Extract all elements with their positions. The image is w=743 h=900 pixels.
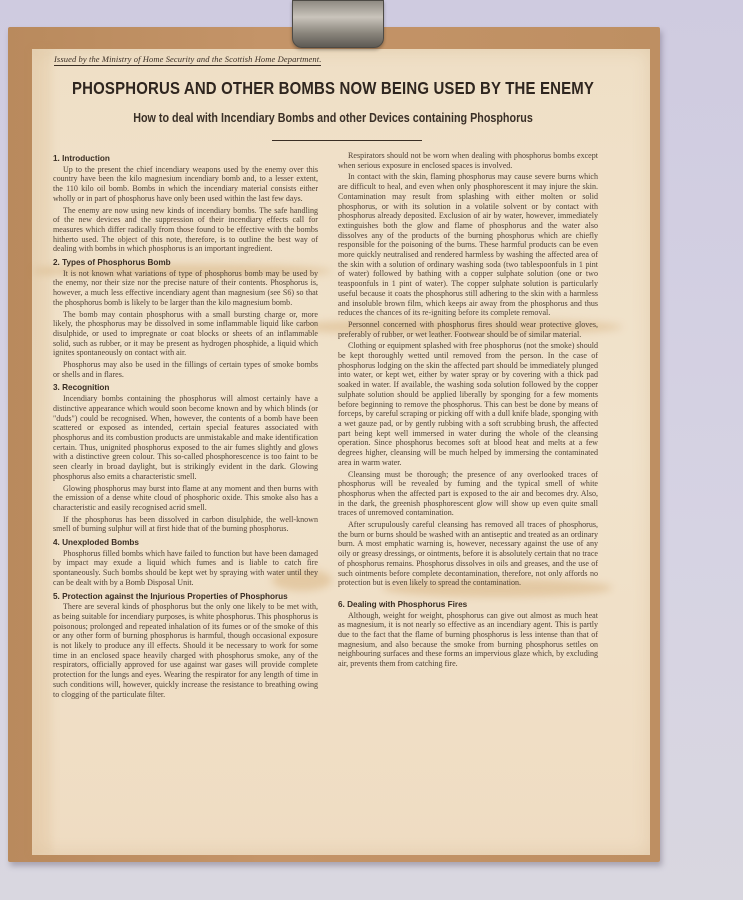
section: 2. Types of Phosphorus BombIt is not kno… bbox=[53, 258, 318, 379]
section-heading: 4. Unexploded Bombs bbox=[53, 538, 318, 548]
paragraph: Cleansing must be thorough; the presence… bbox=[338, 470, 598, 519]
section: 6. Dealing with Phosphorus FiresAlthough… bbox=[338, 600, 598, 669]
paragraph: It is not known what variations of type … bbox=[53, 269, 318, 308]
paragraph: The enemy are now using new kinds of inc… bbox=[53, 206, 318, 255]
left-column: 1. IntroductionUp to the present the chi… bbox=[53, 154, 318, 703]
section-heading: 3. Recognition bbox=[53, 383, 318, 393]
paragraph: Up to the present the chief incendiary w… bbox=[53, 165, 318, 204]
paragraph: Although, weight for weight, phosphorus … bbox=[338, 611, 598, 669]
paragraph: There are several kinds of phosphorus bu… bbox=[53, 602, 318, 699]
paragraph: Incendiary bombs containing the phosphor… bbox=[53, 394, 318, 481]
section-heading: 5. Protection against the Injurious Prop… bbox=[53, 592, 318, 602]
bulldog-clip bbox=[292, 0, 384, 48]
paragraph: Glowing phosphorus may burst into flame … bbox=[53, 484, 318, 513]
paragraph: Personnel concerned with phosphorus fire… bbox=[338, 320, 598, 339]
paragraph: The bomb may contain phosphorus with a s… bbox=[53, 310, 318, 359]
section-heading: 6. Dealing with Phosphorus Fires bbox=[338, 600, 598, 610]
right-column: Respirators should not be worn when deal… bbox=[338, 151, 598, 673]
section-heading: 2. Types of Phosphorus Bomb bbox=[53, 258, 318, 268]
page-title: PHOSPHORUS AND OTHER BOMBS NOW BEING USE… bbox=[67, 78, 598, 99]
paragraph: Clothing or equipment splashed with free… bbox=[338, 341, 598, 467]
title-divider bbox=[272, 140, 422, 141]
section: 4. Unexploded BombsPhosphorus filled bom… bbox=[53, 538, 318, 588]
section: 1. IntroductionUp to the present the chi… bbox=[53, 154, 318, 254]
paragraph: Respirators should not be worn when deal… bbox=[338, 151, 598, 170]
section: 3. RecognitionIncendiary bombs containin… bbox=[53, 383, 318, 534]
section-heading: 1. Introduction bbox=[53, 154, 318, 164]
paragraph: Phosphorus may also be used in the filli… bbox=[53, 360, 318, 379]
paragraph: If the phosphorus has been dissolved in … bbox=[53, 515, 318, 534]
page-subtitle: How to deal with Incendiary Bombs and ot… bbox=[67, 111, 598, 125]
paragraph: After scrupulously careful cleansing has… bbox=[338, 520, 598, 588]
issued-by-line: Issued by the Ministry of Home Security … bbox=[54, 54, 321, 66]
section: Respirators should not be worn when deal… bbox=[338, 151, 598, 588]
paragraph: Phosphorus filled bombs which have faile… bbox=[53, 549, 318, 588]
paragraph: In contact with the skin, flaming phosph… bbox=[338, 172, 598, 318]
section: 5. Protection against the Injurious Prop… bbox=[53, 592, 318, 700]
